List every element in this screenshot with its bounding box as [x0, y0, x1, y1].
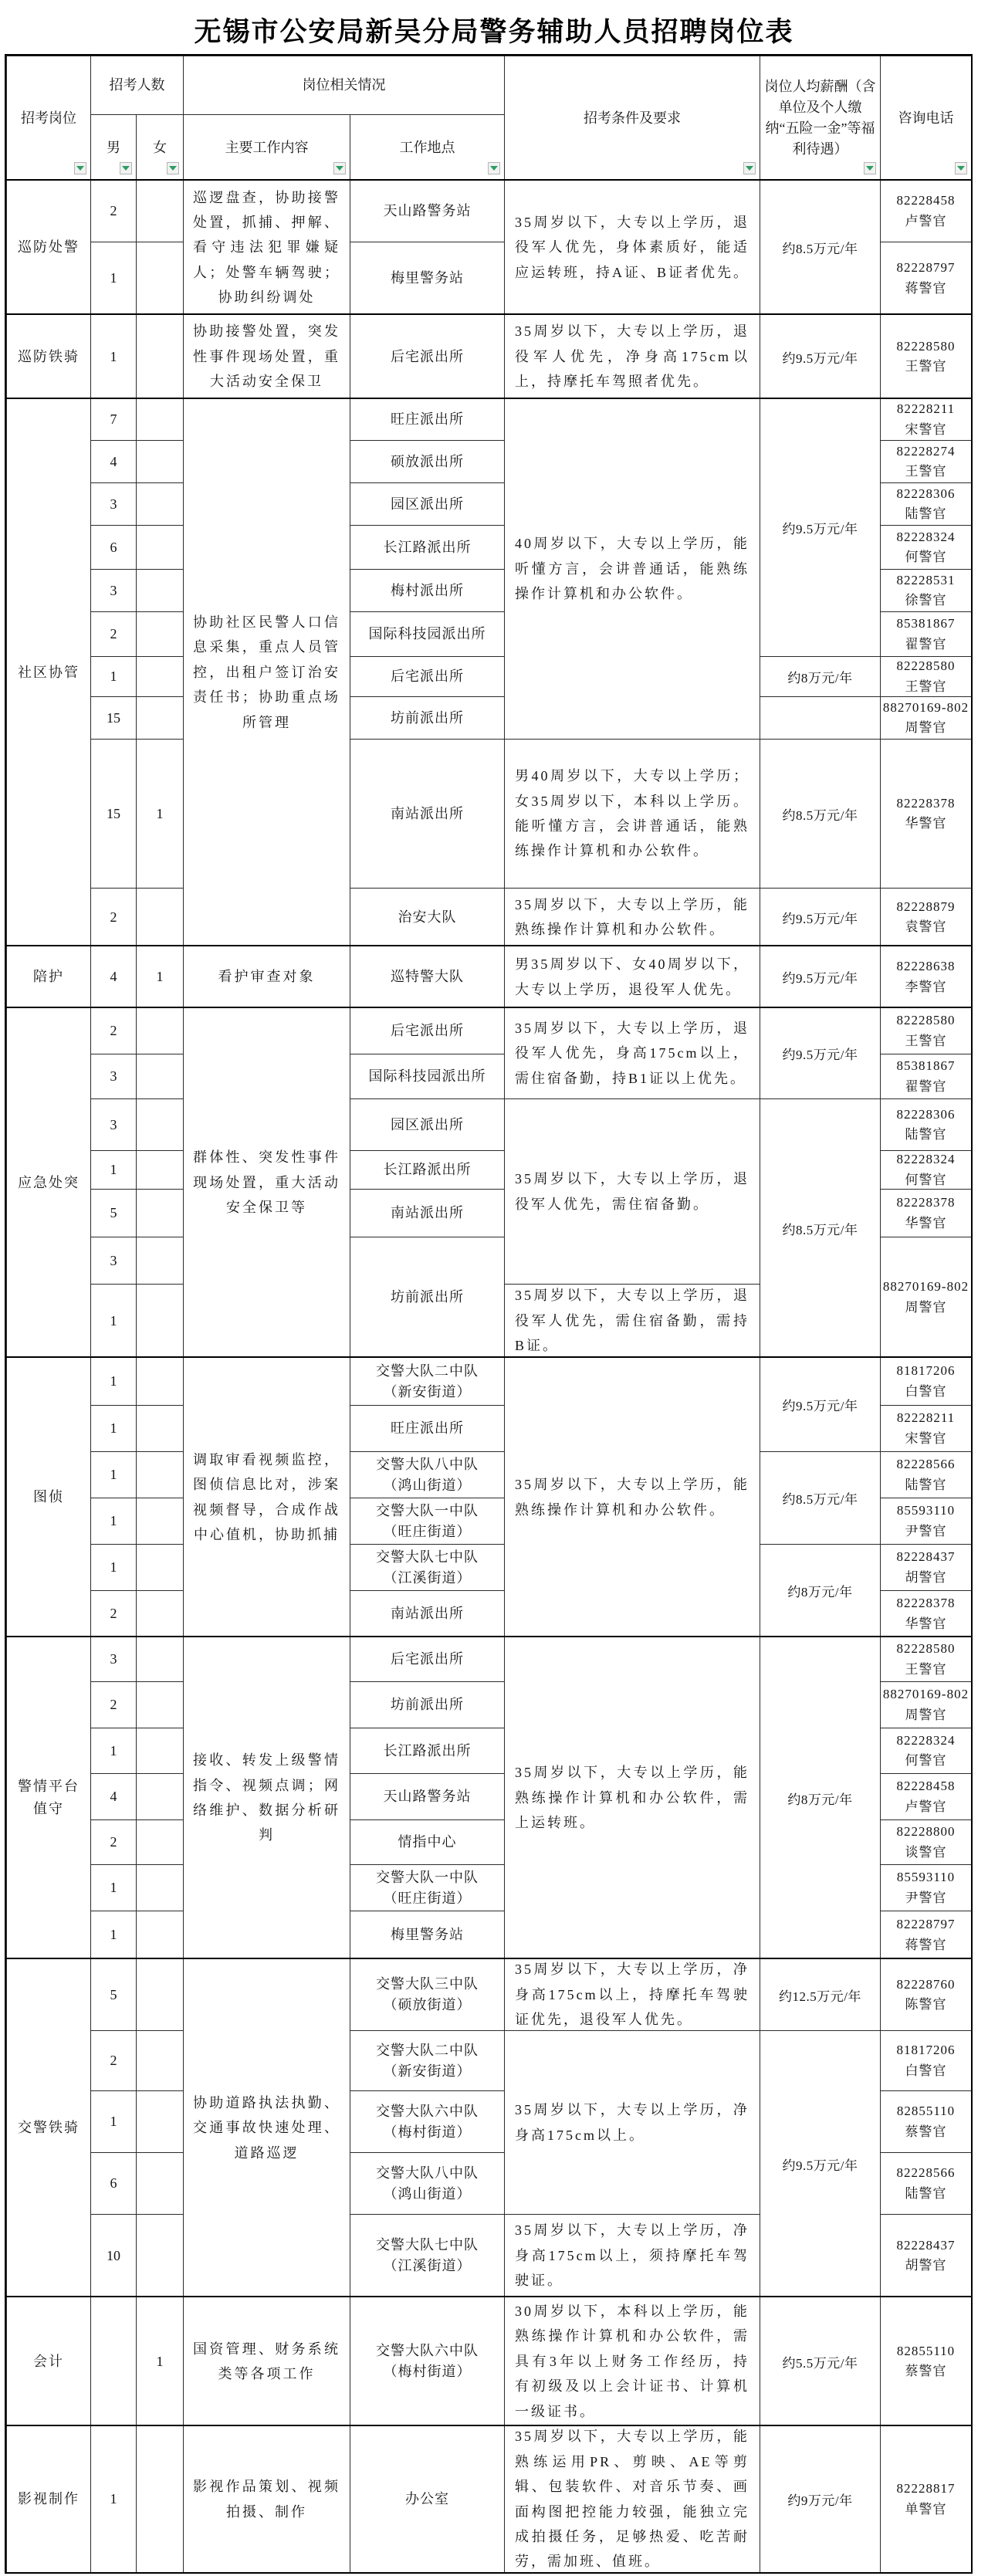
cell-position-group-text: 警情平台 值守 — [7, 1775, 90, 1820]
filter-arrow-icon — [169, 166, 177, 171]
cell-location-text: 旺庄派出所 — [350, 1418, 504, 1439]
cell-male-count: 3 — [90, 1098, 137, 1151]
cell-male-count-text: 6 — [91, 540, 136, 556]
cell-location-text: 办公室 — [350, 2489, 504, 2510]
cell-phone-text: 82228458 卢警官 — [881, 191, 971, 232]
header-female-text: 女 — [137, 137, 183, 158]
group-divider — [6, 1958, 971, 1959]
cell-location-text: 情指中心 — [350, 1832, 504, 1853]
cell-female-count — [136, 1357, 184, 1406]
cell-salary: 约9.5万元/年 — [760, 314, 881, 399]
cell-male-count-text: 1 — [91, 1927, 136, 1943]
cell-male-count-text: 2 — [91, 1697, 136, 1713]
cell-conditions-text: 35周岁以下，大专以上学历，净身高175cm以上，须持摩托车驾驶证。 — [505, 2215, 760, 2296]
cell-salary-text: 约9.5万元/年 — [760, 347, 880, 367]
header-duties-text: 主要工作内容 — [184, 137, 350, 158]
cell-phone-text: 85381867 翟警官 — [881, 614, 971, 655]
cell-salary-text: 约9.5万元/年 — [760, 518, 880, 537]
cell-salary-text: 约8.5万元/年 — [760, 804, 880, 824]
cell-female-count — [136, 482, 184, 526]
cell-salary: 约8万元/年 — [760, 1637, 881, 1959]
header-male: 男 — [90, 114, 137, 181]
cell-position-group: 巡防铁骑 — [6, 314, 91, 399]
cell-phone: 82228458 卢警官 — [880, 180, 972, 242]
filter-arrow-icon — [336, 166, 343, 171]
cell-location: 坊前派出所 — [350, 1681, 505, 1728]
cell-duties: 协助道路执法执勤、交通事故快速处理、道路巡逻 — [183, 1958, 350, 2297]
header-salary: 岗位人均薪酬（含单位及个人缴纳“五险一金”等福利待遇） — [760, 56, 881, 181]
cell-phone-text: 82228817 单警官 — [881, 2479, 971, 2520]
cell-female-count — [136, 656, 184, 697]
cell-duties-text: 协助社区民警人口信息采集，重点人员管控，出租户签订治安责任书；协助重点场所管理 — [184, 608, 350, 736]
filter-dropdown-button[interactable] — [488, 162, 500, 174]
cell-conditions-text: 40周岁以下，大专以上学历，能听懂方言，会讲普通话，能熟练操作计算机和办公软件。 — [505, 528, 760, 609]
cell-male-count-text: 1 — [91, 1313, 136, 1329]
cell-salary: 约9.5万元/年 — [760, 888, 881, 946]
cell-duties: 国资管理、财务系统类等各项工作 — [183, 2297, 350, 2426]
cell-salary: 约9.5万元/年 — [760, 1007, 881, 1099]
cell-duties: 调取审看视频监控，图侦信息比对，涉案视频督导，合成作战中心值机，协助抓捕 — [183, 1357, 350, 1637]
cell-location-text: 交警大队八中队 （鸿山街道） — [350, 2163, 504, 2205]
filter-arrow-icon — [122, 166, 130, 171]
cell-position-group: 应急处突 — [6, 1007, 91, 1358]
filter-dropdown-button[interactable] — [955, 162, 967, 174]
cell-duties: 看护审查对象 — [183, 946, 350, 1008]
cell-female-count: 1 — [136, 2297, 184, 2426]
cell-phone: 82228306 陆警官 — [880, 1098, 972, 1151]
cell-male-count-text: 3 — [91, 1068, 136, 1085]
cell-phone: 82228797 蒋警官 — [880, 1911, 972, 1959]
cell-male-count-text: 3 — [91, 583, 136, 599]
cell-salary: 约12.5万元/年 — [760, 1958, 881, 2031]
cell-phone: 85381867 翟警官 — [880, 1054, 972, 1099]
cell-position-group-text: 陪护 — [7, 966, 90, 988]
cell-position-group: 巡防处警 — [6, 180, 91, 315]
group-divider — [6, 945, 971, 946]
cell-location: 旺庄派出所 — [350, 1405, 505, 1452]
cell-phone-text: 82228797 蒋警官 — [881, 258, 971, 299]
cell-phone-text: 82228378 华警官 — [881, 794, 971, 834]
group-divider — [6, 398, 971, 399]
cell-male-count: 7 — [90, 398, 137, 441]
cell-male-count-text: 10 — [91, 2248, 136, 2264]
cell-male-count: 6 — [90, 525, 137, 570]
cell-location: 南站派出所 — [350, 739, 505, 889]
cell-location: 天山路警务站 — [350, 1773, 505, 1820]
header-phone: 咨询电话 — [880, 56, 972, 181]
cell-location: 国际科技园派出所 — [350, 1054, 505, 1099]
header-job-info-text: 岗位相关情况 — [184, 75, 504, 96]
cell-location-text: 长江路派出所 — [350, 1159, 504, 1180]
cell-location: 交警大队六中队 （梅村街道） — [350, 2297, 505, 2426]
cell-female-count-text: 1 — [137, 806, 183, 822]
cell-location: 交警大队一中队 （旺庄街道） — [350, 1498, 505, 1545]
cell-male-count: 1 — [90, 656, 137, 697]
cell-male-count: 1 — [90, 1284, 137, 1358]
cell-male-count: 1 — [90, 1728, 137, 1774]
cell-phone: 88270169-802 周警官 — [880, 1681, 972, 1728]
cell-female-count — [136, 2030, 184, 2091]
cell-phone-text: 82228458 卢警官 — [881, 1776, 971, 1817]
cell-female-count — [136, 2214, 184, 2297]
cell-location-text: 梅里警务站 — [350, 1924, 504, 1945]
cell-male-count: 3 — [90, 482, 137, 526]
cell-phone: 85381867 翟警官 — [880, 611, 972, 657]
cell-female-count — [136, 1864, 184, 1911]
cell-phone-text: 82228437 胡警官 — [881, 2236, 971, 2276]
cell-phone-text: 82228580 王警官 — [881, 337, 971, 377]
cell-phone: 82228566 陆警官 — [880, 1451, 972, 1498]
cell-conditions: 35周岁以下，大专以上学历，退役军人优先，身体素质好，能适应运转班，持A证、B证… — [504, 180, 760, 315]
cell-position-group-text: 图侦 — [7, 1486, 90, 1508]
cell-location: 长江路派出所 — [350, 525, 505, 570]
cell-female-count — [136, 242, 184, 315]
cell-male-count: 15 — [90, 696, 137, 740]
cell-location: 梅村派出所 — [350, 569, 505, 612]
cell-phone: 82228211 宋警官 — [880, 398, 972, 441]
cell-male-count: 1 — [90, 2090, 137, 2153]
cell-male-count: 3 — [90, 1054, 137, 1099]
filter-dropdown-button[interactable] — [167, 162, 179, 174]
cell-location-text: 巡特警大队 — [350, 966, 504, 987]
cell-phone-text: 82228797 蒋警官 — [881, 1914, 971, 1955]
cell-location-text: 天山路警务站 — [350, 201, 504, 222]
filter-dropdown-button[interactable] — [120, 162, 132, 174]
header-job-info: 岗位相关情况 — [183, 56, 505, 115]
cell-location: 后宅派出所 — [350, 656, 505, 697]
cell-phone-text: 88270169-802 周警官 — [881, 1684, 971, 1725]
cell-conditions: 35周岁以下，大专以上学历，退役军人优先，需住宿备勤。 — [504, 1098, 760, 1285]
cell-male-count: 2 — [90, 180, 137, 242]
cell-duties-text: 群体性、突发性事件现场处置，重大活动安全保卫等 — [184, 1143, 350, 1221]
cell-position-group: 社区协管 — [6, 398, 91, 946]
cell-location-text: 后宅派出所 — [350, 666, 504, 687]
filter-dropdown-button[interactable] — [333, 162, 346, 174]
cell-salary-text: 约9万元/年 — [760, 2490, 880, 2509]
group-divider — [6, 1356, 971, 1358]
cell-male-count: 2 — [90, 1590, 137, 1637]
cell-location-text: 南站派出所 — [350, 804, 504, 824]
cell-phone: 82228378 华警官 — [880, 1590, 972, 1637]
cell-conditions-text: 男35周岁以下、女40周岁以下，大专以上学历，退役军人优先。 — [505, 949, 760, 1005]
cell-female-count — [136, 1958, 184, 2031]
cell-location: 交警大队三中队 （硕放街道） — [350, 1958, 505, 2031]
cell-male-count — [90, 2297, 137, 2426]
cell-duties-text: 影视作品策划、视频拍摄、制作 — [184, 2473, 350, 2526]
filter-arrow-icon — [866, 166, 874, 171]
cell-male-count: 10 — [90, 2214, 137, 2297]
cell-phone-text: 88270169-802 周警官 — [881, 698, 971, 739]
cell-duties-text: 接收、转发上级警情指令、视频点调；网络维护、数据分析研判 — [184, 1746, 350, 1850]
cell-location: 园区派出所 — [350, 482, 505, 526]
cell-male-count: 1 — [90, 2425, 137, 2573]
cell-salary: 约9.5万元/年 — [760, 398, 881, 657]
cell-phone-text: 82228324 何警官 — [881, 527, 971, 568]
cell-conditions: 35周岁以下，大专以上学历，退役军人优先，需住宿备勤，需持B证。 — [504, 1284, 760, 1358]
cell-phone-text: 82228324 何警官 — [881, 1150, 971, 1190]
group-divider — [6, 1636, 971, 1637]
group-divider — [6, 179, 971, 181]
cell-location-text: 旺庄派出所 — [350, 409, 504, 430]
cell-phone: 82855110 蔡警官 — [880, 2297, 972, 2426]
cell-conditions: 35周岁以下，大专以上学历，能熟练操作计算机和办公软件。 — [504, 888, 760, 946]
cell-phone-text: 82855110 蔡警官 — [881, 2101, 971, 2142]
filter-dropdown-button[interactable] — [74, 162, 86, 174]
cell-conditions: 35周岁以下，大专以上学历，净身高175cm以上。 — [504, 2030, 760, 2215]
cell-male-count: 2 — [90, 1007, 137, 1054]
cell-conditions: 35周岁以下，大专以上学历，净身高175cm以上，持摩托车驾驶证优先，退役军人优… — [504, 1958, 760, 2031]
cell-male-count: 1 — [90, 1864, 137, 1911]
cell-location: 梅里警务站 — [350, 1911, 505, 1959]
cell-male-count-text: 1 — [91, 1880, 136, 1896]
cell-male-count: 1 — [90, 1544, 137, 1591]
cell-phone: 85593110 尹警官 — [880, 1864, 972, 1911]
cell-location-text: 交警大队六中队 （梅村街道） — [350, 2341, 504, 2382]
group-divider — [6, 2296, 971, 2297]
cell-female-count — [136, 1405, 184, 1452]
cell-male-count: 2 — [90, 2030, 137, 2091]
cell-female-count — [136, 525, 184, 570]
cell-location: 交警大队七中队 （江溪街道） — [350, 1544, 505, 1591]
header-location: 工作地点 — [350, 114, 505, 181]
cell-salary-text: 约8.5万元/年 — [760, 1488, 880, 1508]
cell-location: 治安大队 — [350, 888, 505, 946]
cell-position-group: 影视制作 — [6, 2425, 91, 2573]
cell-male-count-text: 1 — [91, 349, 136, 365]
group-divider — [6, 313, 971, 315]
cell-conditions-text: 35周岁以下，大专以上学历，退役军人优先，净身高175cm以上，持摩托车驾照者优… — [505, 316, 760, 397]
cell-conditions: 35周岁以下，大专以上学历，能熟练操作计算机和办公软件。 — [504, 1357, 760, 1637]
cell-male-count: 5 — [90, 1189, 137, 1237]
cell-duties: 协助社区民警人口信息采集，重点人员管控，出租户签订治安责任书；协助重点场所管理 — [183, 398, 350, 946]
cell-phone-text: 82228566 陆警官 — [881, 2163, 971, 2204]
cell-location: 交警大队一中队 （旺庄街道） — [350, 1864, 505, 1911]
cell-salary-text: 约8万元/年 — [760, 667, 880, 686]
cell-salary-text: 约9.5万元/年 — [760, 2155, 880, 2174]
cell-conditions-text: 35周岁以下，大专以上学历，净身高175cm以上，持摩托车驾驶证优先，退役军人优… — [505, 1958, 760, 2031]
cell-female-count — [136, 1284, 184, 1358]
filter-dropdown-button[interactable] — [743, 162, 756, 174]
cell-duties: 影视作品策划、视频拍摄、制作 — [183, 2425, 350, 2573]
cell-male-count-text: 1 — [91, 1467, 136, 1483]
cell-male-count-text: 2 — [91, 1834, 136, 1850]
cell-female-count-text: 1 — [137, 2354, 183, 2370]
cell-conditions: 男40周岁以下，大专以上学历；女35周岁以下，本科以上学历。能听懂方言，会讲普通… — [504, 739, 760, 889]
cell-male-count-text: 3 — [91, 1253, 136, 1269]
cell-salary-text: 约9.5万元/年 — [760, 1395, 880, 1414]
cell-location-text: 交警大队三中队 （硕放街道） — [350, 1974, 504, 2016]
cell-conditions-text: 35周岁以下，大专以上学历，退役军人优先，身高175cm以上，需住宿备勤，持B1… — [505, 1013, 760, 1094]
header-male-text: 男 — [91, 137, 136, 158]
cell-male-count-text: 1 — [91, 2491, 136, 2507]
header-duties: 主要工作内容 — [183, 114, 350, 181]
cell-location: 巡特警大队 — [350, 946, 505, 1008]
cell-location: 国际科技园派出所 — [350, 611, 505, 657]
cell-phone: 82228580 王警官 — [880, 314, 972, 399]
cell-position-group-text: 应急处突 — [7, 1172, 90, 1194]
cell-location-text: 交警大队二中队 （新安街道） — [350, 1361, 504, 1403]
header-count: 招考人数 — [90, 56, 184, 115]
cell-conditions: 男35周岁以下、女40周岁以下，大专以上学历，退役军人优先。 — [504, 946, 760, 1008]
cell-male-count: 1 — [90, 242, 137, 315]
cell-salary-text: 约5.5万元/年 — [760, 2352, 880, 2371]
cell-location-text: 交警大队二中队 （新安街道） — [350, 2040, 504, 2082]
header-position: 招考岗位 — [6, 56, 91, 181]
cell-phone-text: 82855110 蔡警官 — [881, 2341, 971, 2382]
cell-position-group-text: 巡防处警 — [7, 236, 90, 259]
cell-male-count-text: 2 — [91, 626, 136, 642]
cell-male-count-text: 1 — [91, 1420, 136, 1437]
cell-male-count-text: 5 — [91, 1987, 136, 2003]
cell-male-count-text: 3 — [91, 1651, 136, 1667]
cell-phone: 82228580 王警官 — [880, 656, 972, 697]
cell-position-group: 图侦 — [6, 1357, 91, 1637]
cell-duties-text: 协助接警处置，突发性事件现场处置，重大活动安全保卫 — [184, 317, 350, 395]
cell-female-count — [136, 1054, 184, 1099]
header-location-text: 工作地点 — [350, 137, 504, 158]
cell-location: 交警大队八中队 （鸿山街道） — [350, 2152, 505, 2215]
cell-male-count-text: 2 — [91, 2053, 136, 2069]
cell-male-count-text: 1 — [91, 1513, 136, 1529]
cell-male-count: 2 — [90, 888, 137, 946]
cell-location-text: 交警大队一中队 （旺庄街道） — [350, 1867, 504, 1909]
cell-location-text: 交警大队七中队 （江溪街道） — [350, 2235, 504, 2276]
cell-male-count: 2 — [90, 611, 137, 657]
cell-conditions-text: 35周岁以下，大专以上学历，能熟练操作计算机和办公软件，需上运转班。 — [505, 1757, 760, 1838]
cell-location: 后宅派出所 — [350, 314, 505, 399]
cell-male-count-text: 3 — [91, 1117, 136, 1133]
cell-phone: 82228879 袁警官 — [880, 888, 972, 946]
cell-location-text: 后宅派出所 — [350, 347, 504, 367]
cell-phone: 88270169-802 周警官 — [880, 696, 972, 740]
cell-duties-text: 国资管理、财务系统类等各项工作 — [184, 2335, 350, 2388]
cell-salary-text: 约12.5万元/年 — [760, 1985, 880, 2005]
cell-phone-text: 88270169-802 周警官 — [881, 1277, 971, 1318]
cell-female-count — [136, 2090, 184, 2153]
cell-male-count: 1 — [90, 1357, 137, 1406]
cell-salary: 约8.5万元/年 — [760, 739, 881, 889]
cell-phone-text: 85593110 尹警官 — [881, 1867, 971, 1908]
cell-phone-text: 82228324 何警官 — [881, 1731, 971, 1772]
group-divider — [6, 2425, 971, 2426]
cell-male-count-text: 2 — [91, 1023, 136, 1039]
cell-conditions-text: 30周岁以下，本科以上学历，能熟练操作计算机和办公软件，需具有3年以上财务工作经… — [505, 2297, 760, 2426]
cell-male-count-text: 2 — [91, 909, 136, 926]
cell-male-count: 1 — [90, 1911, 137, 1959]
cell-location: 后宅派出所 — [350, 1007, 505, 1054]
cell-position-group-text: 交警铁骑 — [7, 2117, 90, 2139]
cell-phone-text: 82228879 袁警官 — [881, 897, 971, 938]
cell-salary: 约8万元/年 — [760, 1544, 881, 1637]
cell-location-text: 坊前派出所 — [350, 1694, 504, 1715]
header-position-text: 招考岗位 — [7, 108, 90, 129]
cell-female-count — [136, 1637, 184, 1682]
filter-dropdown-button[interactable] — [864, 162, 876, 174]
cell-salary-text: 约9.5万元/年 — [760, 1044, 880, 1063]
cell-phone-text: 82228378 华警官 — [881, 1193, 971, 1234]
cell-location-text: 后宅派出所 — [350, 1649, 504, 1670]
cell-location: 梅里警务站 — [350, 242, 505, 315]
cell-phone: 82855110 蔡警官 — [880, 2090, 972, 2153]
cell-phone: 82228800 谈警官 — [880, 1819, 972, 1865]
cell-female-count — [136, 1681, 184, 1728]
cell-conditions-text: 35周岁以下，大专以上学历，能熟练操作计算机和办公软件。 — [505, 1469, 760, 1525]
cell-phone-text: 82228274 王警官 — [881, 442, 971, 482]
cell-male-count: 4 — [90, 946, 137, 1008]
cell-conditions-text: 35周岁以下，大专以上学历，能熟练运用PR、剪映、AE等剪辑、包装软件、对音乐节… — [505, 2425, 760, 2573]
cell-location-text: 长江路派出所 — [350, 1741, 504, 1762]
cell-phone: 82228580 王警官 — [880, 1007, 972, 1054]
cell-female-count — [136, 1189, 184, 1237]
cell-location: 交警大队二中队 （新安街道） — [350, 1357, 505, 1406]
cell-location: 南站派出所 — [350, 1590, 505, 1637]
cell-phone-text: 85381867 翟警官 — [881, 1056, 971, 1097]
cell-phone: 82228797 蒋警官 — [880, 242, 972, 315]
cell-phone: 82228760 陈警官 — [880, 1958, 972, 2031]
cell-salary-text: 约8万元/年 — [760, 1581, 880, 1600]
cell-location: 坊前派出所 — [350, 696, 505, 740]
cell-phone: 82228274 王警官 — [880, 440, 972, 483]
cell-female-count — [136, 2152, 184, 2215]
cell-phone-text: 82228760 陈警官 — [881, 1975, 971, 2016]
cell-phone: 82228580 王警官 — [880, 1637, 972, 1682]
cell-phone-text: 81817206 白警官 — [881, 1361, 971, 1402]
header-conditions: 招考条件及要求 — [504, 56, 760, 181]
cell-position-group-text: 会计 — [7, 2351, 90, 2373]
cell-location: 南站派出所 — [350, 1189, 505, 1237]
cell-male-count-text: 4 — [91, 454, 136, 470]
cell-male-count: 15 — [90, 739, 137, 889]
cell-location-text: 梅村派出所 — [350, 581, 504, 601]
cell-conditions-text: 35周岁以下，大专以上学历，能熟练操作计算机和办公软件。 — [505, 889, 760, 946]
cell-phone-text: 82228306 陆警官 — [881, 1105, 971, 1146]
cell-male-count-text: 4 — [91, 969, 136, 985]
cell-phone: 82228817 单警官 — [880, 2425, 972, 2573]
cell-location: 硕放派出所 — [350, 440, 505, 483]
cell-position-group: 陪护 — [6, 946, 91, 1008]
cell-female-count-text: 1 — [137, 969, 183, 985]
cell-location: 交警大队七中队 （江溪街道） — [350, 2214, 505, 2297]
cell-duties-text: 巡逻盘查，协助接警处置，抓捕、押解、看守违法犯罪嫌疑人；处警车辆驾驶；协助纠纷调… — [184, 184, 350, 312]
cell-phone-text: 85593110 尹警官 — [881, 1501, 971, 1542]
cell-location-text: 国际科技园派出所 — [350, 1066, 504, 1087]
cell-female-count — [136, 1544, 184, 1591]
cell-male-count-text: 7 — [91, 411, 136, 428]
cell-phone: 82228324 何警官 — [880, 1728, 972, 1774]
cell-location: 坊前派出所 — [350, 1237, 505, 1358]
cell-conditions-text: 35周岁以下，大专以上学历，退役军人优先，需住宿备勤，需持B证。 — [505, 1284, 760, 1358]
cell-phone: 82228437 胡警官 — [880, 2214, 972, 2297]
cell-phone-text: 82228580 王警官 — [881, 1010, 971, 1051]
cell-salary: 约5.5万元/年 — [760, 2297, 881, 2426]
cell-location: 天山路警务站 — [350, 180, 505, 242]
cell-location-text: 交警大队八中队 （鸿山街道） — [350, 1454, 504, 1496]
cell-phone: 82228324 何警官 — [880, 525, 972, 570]
cell-position-group-text: 巡防铁骑 — [7, 346, 90, 368]
cell-phone: 82228306 陆警官 — [880, 482, 972, 526]
cell-conditions-text: 35周岁以下，大专以上学历，退役军人优先，需住宿备勤。 — [505, 1163, 760, 1220]
cell-salary: 约8.5万元/年 — [760, 1098, 881, 1358]
cell-conditions-text: 35周岁以下，大专以上学历，退役军人优先，身体素质好，能适应运转班，持A证、B证… — [505, 207, 760, 288]
cell-location-text: 南站派出所 — [350, 1203, 504, 1224]
cell-female-count — [136, 1237, 184, 1285]
cell-male-count-text: 1 — [91, 1373, 136, 1390]
cell-conditions: 35周岁以下，大专以上学历，退役军人优先，身高175cm以上，需住宿备勤，持B1… — [504, 1007, 760, 1099]
cell-salary: 约9.5万元/年 — [760, 946, 881, 1008]
cell-female-count — [136, 1590, 184, 1637]
cell-male-count-text: 1 — [91, 270, 136, 286]
cell-female-count — [136, 1498, 184, 1545]
